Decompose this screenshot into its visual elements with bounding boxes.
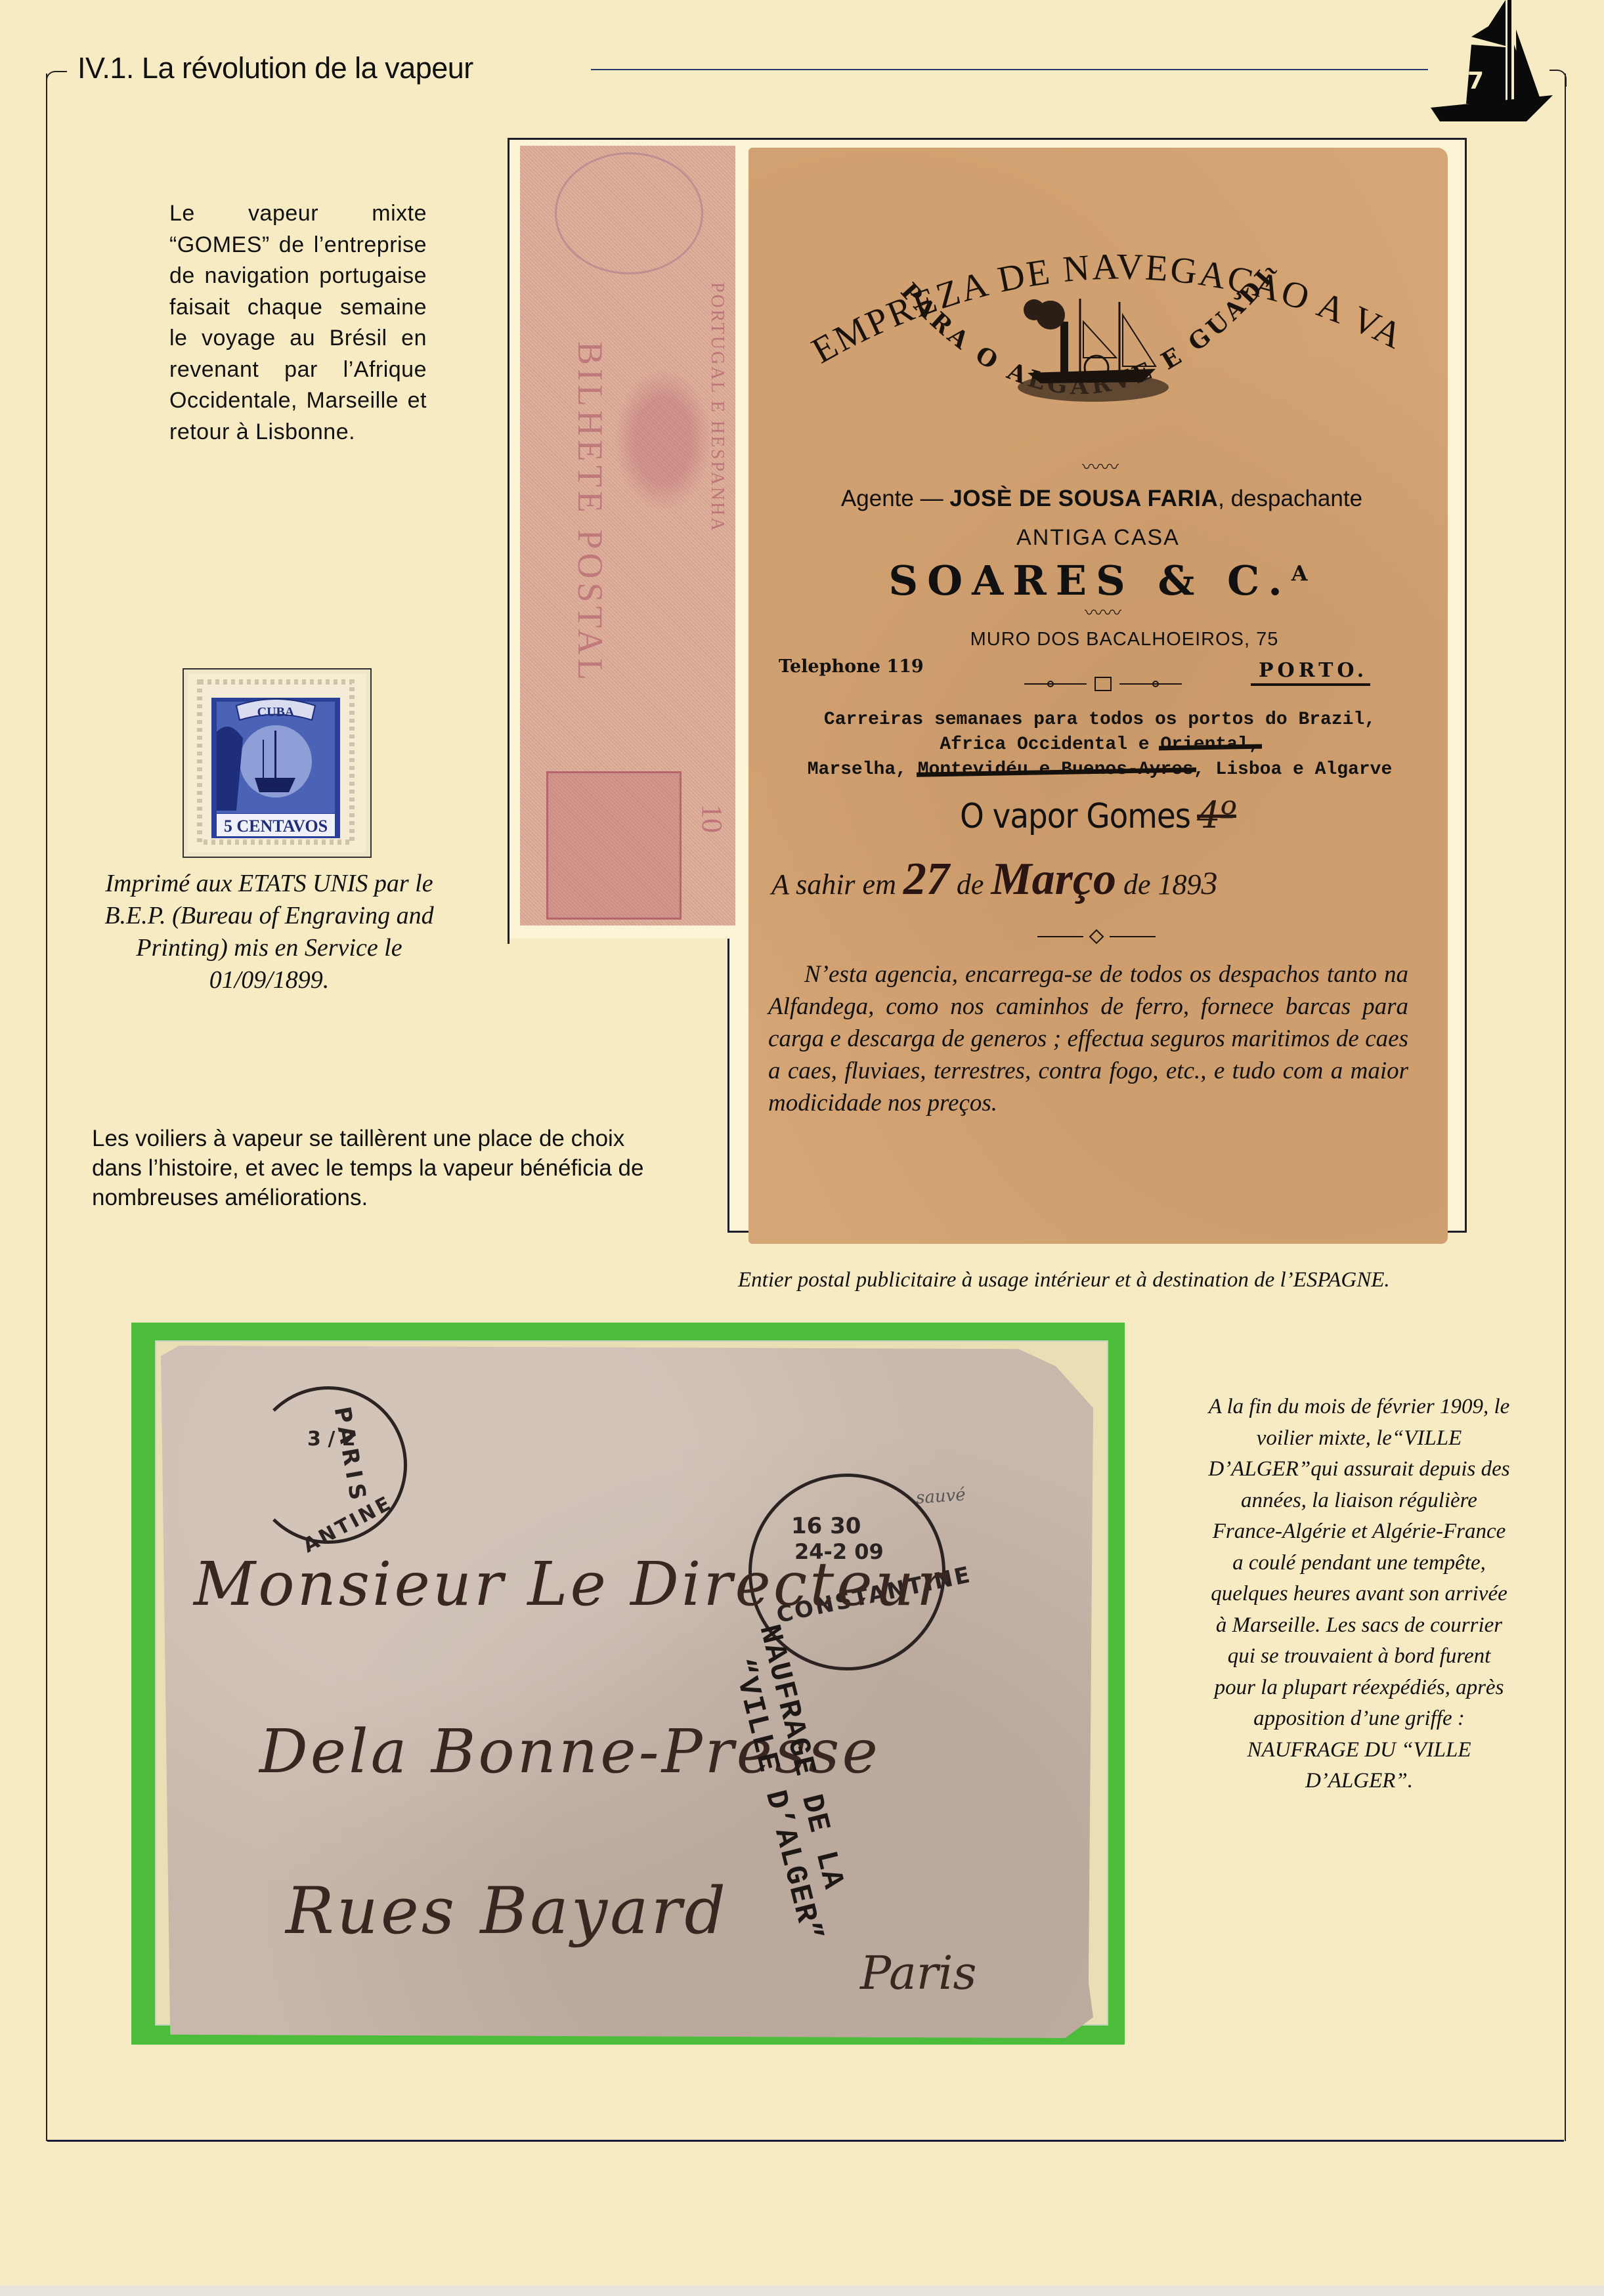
scan-edge (0, 2285, 1604, 2296)
voiliers-paragraph: Les voiliers à vapeur se taillèrent une … (92, 1124, 670, 1212)
agent-name: JOSÈ DE SOUSA FARIA (949, 486, 1218, 511)
postmark-const-time: 16 30 (791, 1513, 861, 1539)
mount-gap (509, 939, 727, 945)
sahir-year-hand: 3 (1201, 864, 1217, 901)
stamp-caption: Imprimé aux ETATS UNIS par le B.E.P. (Bu… (92, 868, 446, 996)
svg-text:5 CENTAVOS: 5 CENTAVOS (224, 817, 328, 836)
page-frame-right (1565, 74, 1566, 2141)
address-line-3: Rues Bayard (286, 1874, 728, 1949)
entier-value: 10 (695, 804, 729, 833)
vapor-label: O vapor Gomes (960, 797, 1190, 836)
sahir-day: 27 (903, 854, 949, 904)
pencil-note: sauvé (915, 1485, 966, 1508)
routes-text: Carreiras semanaes para todos os portos … (755, 708, 1444, 782)
company-text: SOARES & C. (888, 557, 1291, 605)
routes-line-2: Africa Occidental e Oriental, (755, 733, 1444, 757)
struck-montevideo: Montevidéu e Buenos-Ayres (918, 759, 1194, 780)
cuba-stamp: CUBA 5 CENTAVOS (197, 679, 355, 845)
agent-line: Agente — JOSÈ DE SOUSA FARIA, despachant… (780, 486, 1423, 512)
page-title: IV.1. La révolution de la vapeur (77, 51, 473, 85)
antiga-casa: ANTIGA CASA (748, 525, 1448, 551)
vapor-handwritten: 4º (1197, 794, 1236, 837)
sahir-de: de (957, 868, 984, 901)
city: PORTO. (1251, 659, 1370, 686)
routes-line-3-a: Marselha, (808, 759, 918, 780)
telephone: Telephone 119 (779, 656, 924, 677)
divider-ornament (1024, 676, 1182, 692)
company-sup: A (1291, 561, 1308, 585)
page-number: 77 (1451, 68, 1484, 95)
sahir-month: Março (991, 854, 1116, 904)
agent-suffix: , despachante (1218, 486, 1362, 511)
svg-text:CUBA: CUBA (257, 705, 295, 719)
page-frame-bottom (47, 2140, 1564, 2142)
title-rule (591, 69, 1428, 70)
departure-line: A sahir em 27 de Março de 1893 (771, 853, 1428, 906)
routes-line-3: Marselha, Montevidéu e Buenos-Ayres, Lis… (755, 757, 1444, 782)
routes-line-2-text: Africa Occidental e (940, 734, 1160, 755)
routes-line-3-b: , Lisboa e Algarve (1194, 759, 1392, 780)
company-address: MURO DOS BACALHOEIROS, 75 (748, 629, 1448, 650)
entier-crest (614, 368, 712, 512)
agency-paragraph: N’esta agencia, encarrega-se de todos os… (768, 958, 1408, 1119)
wave-ornament-2: 〰〰 (1037, 599, 1169, 625)
struck-oriental: Oriental, (1160, 734, 1259, 755)
divider-ornament-2 (1037, 929, 1156, 945)
entier-postmark (555, 152, 703, 274)
agent-prefix: Agente — (841, 486, 949, 511)
routes-line-1: Carreiras semanaes para todos os portos … (755, 708, 1444, 733)
address-line-4: Paris (860, 1946, 976, 2000)
entier-title: BILHETE POSTAL (570, 341, 611, 684)
postcard-caption: Entier postal publicitaire à usage intér… (738, 1268, 1390, 1292)
entier-subtitle: PORTUGAL E HESPANHA (706, 282, 727, 533)
intro-paragraph: Le vapeur mixte “GOMES” de l’entreprise … (169, 198, 427, 448)
sahir-prefix: A sahir em (771, 868, 896, 901)
sailboat-icon (1428, 0, 1553, 125)
postmark-paris-date: 3 / 2 (307, 1428, 356, 1451)
page-frame-left (46, 74, 47, 2141)
ville-d-alger-caption: A la fin du mois de février 1909, le voi… (1205, 1392, 1513, 1797)
page-frame-corner (46, 71, 67, 92)
wave-ornament: 〰〰 (1082, 453, 1119, 479)
entier-imprinted-stamp (546, 771, 682, 920)
company-name: SOARES & C.A (748, 557, 1448, 605)
vapor-gomes-line: O vapor Gomes4º (748, 794, 1448, 837)
sahir-year-prefix: de 189 (1123, 868, 1202, 901)
steamship-illustration (1014, 295, 1172, 404)
address-line-1: Monsieur Le Directeur (194, 1549, 948, 1619)
